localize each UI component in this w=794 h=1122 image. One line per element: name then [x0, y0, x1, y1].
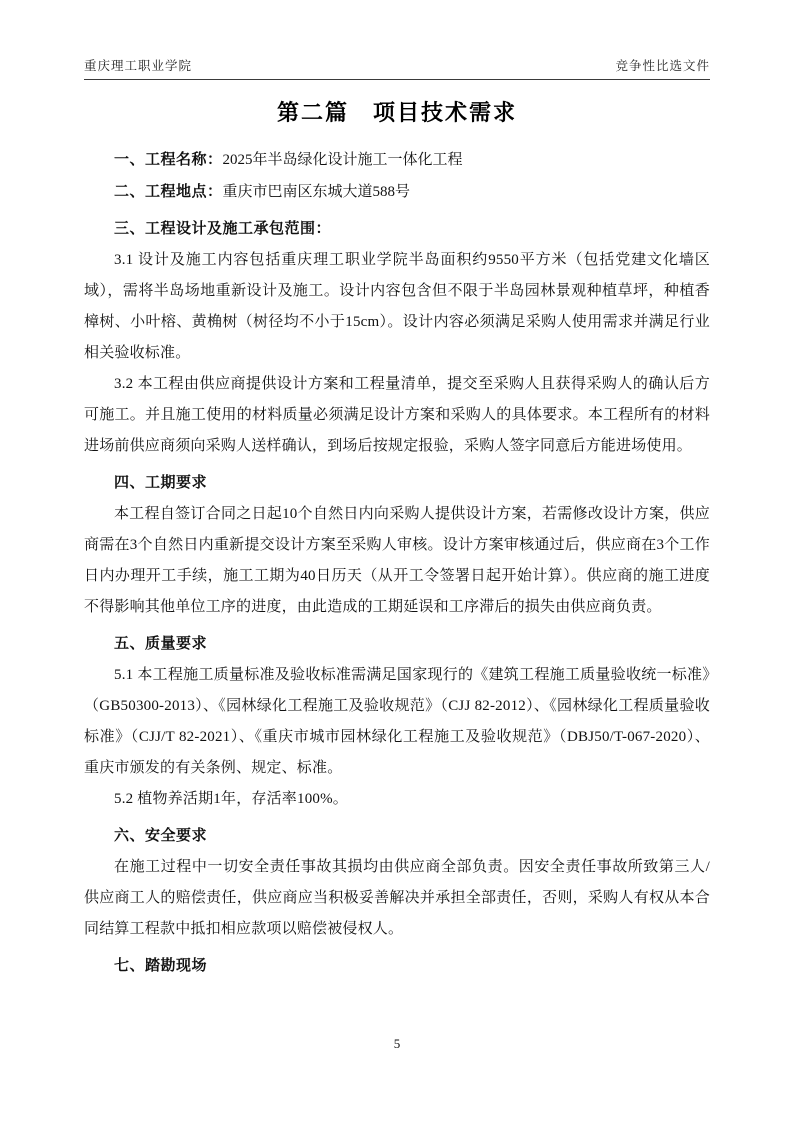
section-safety-heading: 六、安全要求 — [84, 820, 710, 852]
section-project-location: 二、工程地点：重庆市巴南区东城大道588号 — [84, 176, 710, 208]
page-number: 5 — [0, 1036, 794, 1052]
section-safety-paragraph: 在施工过程中一切安全责任事故其损均由供应商全部负责。因安全责任事故所致第三人/供… — [84, 852, 710, 945]
running-header: 重庆理工职业学院 竞争性比选文件 — [84, 0, 710, 80]
section-quality-heading: 五、质量要求 — [84, 628, 710, 660]
section-project-name-label: 一、工程名称： — [114, 152, 223, 168]
document-page: 重庆理工职业学院 竞争性比选文件 第二篇 项目技术需求 一、工程名称：2025年… — [0, 0, 794, 1122]
section-project-name-value: 2025年半岛绿化设计施工一体化工程 — [223, 152, 463, 168]
section-scope-paragraph-3-2: 3.2 本工程由供应商提供设计方案和工程量清单，提交至采购人且获得采购人的确认后… — [84, 369, 710, 462]
section-scope-heading: 三、工程设计及施工承包范围： — [84, 213, 710, 245]
section-quality-paragraph-5-2: 5.2 植物养活期1年，存活率100%。 — [84, 784, 710, 815]
section-schedule-heading: 四、工期要求 — [84, 467, 710, 499]
section-quality-paragraph-5-1: 5.1 本工程施工质量标准及验收标准需满足国家现行的《建筑工程施工质量验收统一标… — [84, 660, 710, 784]
section-project-location-label: 二、工程地点： — [114, 184, 223, 200]
header-left-text: 重庆理工职业学院 — [84, 56, 192, 74]
section-scope-paragraph-3-1: 3.1 设计及施工内容包括重庆理工职业学院半岛面积约9550平方米（包括党建文化… — [84, 245, 710, 369]
section-schedule-paragraph: 本工程自签订合同之日起10个自然日内向采购人提供设计方案，若需修改设计方案，供应… — [84, 499, 710, 623]
header-right-text: 竞争性比选文件 — [615, 56, 710, 74]
section-site-visit-heading: 七、踏勘现场 — [84, 950, 710, 982]
section-project-location-value: 重庆市巴南区东城大道588号 — [223, 184, 411, 200]
document-body: 一、工程名称：2025年半岛绿化设计施工一体化工程 二、工程地点：重庆市巴南区东… — [84, 144, 710, 982]
page-title: 第二篇 项目技术需求 — [84, 96, 710, 127]
section-project-name: 一、工程名称：2025年半岛绿化设计施工一体化工程 — [84, 144, 710, 176]
